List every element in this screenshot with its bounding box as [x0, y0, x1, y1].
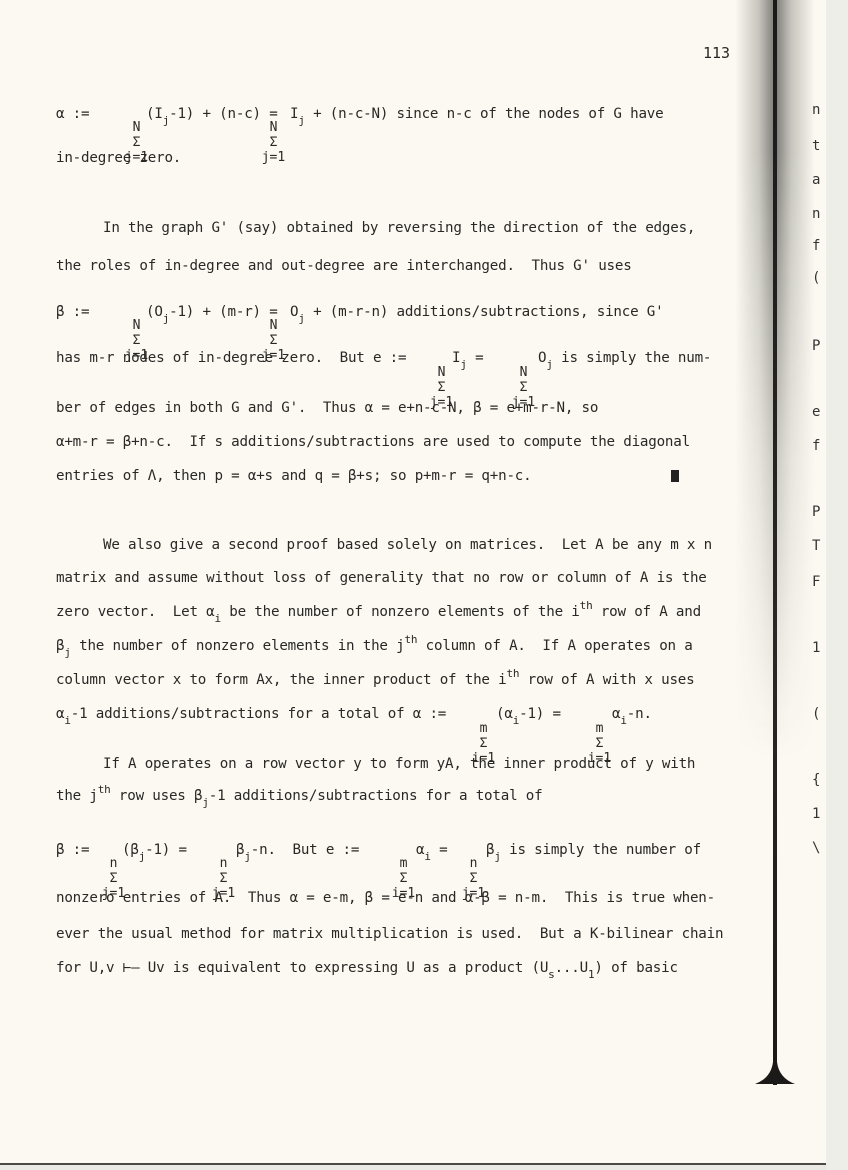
margin-letter: { [812, 772, 820, 788]
text-line: ever the usual method for matrix multipl… [56, 926, 723, 942]
margin-letter: e [812, 404, 820, 420]
text-line: βj the number of nonzero elements in the… [56, 638, 693, 654]
margin-letter: n [812, 206, 820, 222]
margin-letter: ( [812, 270, 820, 286]
text-line: matrix and assume without loss of genera… [56, 570, 707, 586]
eq-text: (αi-1) = [496, 706, 561, 722]
text-line: the roles of in-degree and out-degree ar… [56, 258, 632, 274]
text-line: column vector x to form Ax, the inner pr… [56, 672, 695, 688]
margin-letter: F [812, 574, 820, 590]
eq-text: Ij = [452, 350, 483, 366]
text-line: ber of edges in both G and G'. Thus α = … [56, 400, 598, 416]
eq-text: βj-n. But e := [236, 842, 359, 858]
margin-letter: a [812, 172, 820, 188]
text-line: α+m-r = β+n-c. If s additions/subtractio… [56, 434, 690, 450]
margin-letter: f [812, 438, 820, 454]
eq-lead: β := [56, 842, 89, 858]
gutter-foot [755, 1062, 795, 1086]
binding-gutter [773, 0, 777, 1085]
text-line: nonzero entries of A. Thus α = e-m, β = … [56, 890, 715, 906]
eq-lead: αi-1 additions/subtractions for a total … [56, 706, 446, 722]
text-line: in-degree zero. [56, 150, 181, 166]
scanned-page: 113 α := NΣj=1 (Ij-1) + (n-c) = NΣj=1 Ij… [0, 0, 826, 1163]
eq-text: Oj is simply the num- [538, 350, 711, 366]
margin-letter: T [812, 538, 820, 554]
text-line: If A operates on a row vector y to form … [103, 756, 695, 772]
text-line: In the graph G' (say) obtained by revers… [103, 220, 695, 236]
margin-letter: t [812, 138, 820, 154]
eq-text: αi-n. [612, 706, 652, 722]
margin-letter: n [812, 102, 820, 118]
margin-letter: 1 [812, 640, 820, 656]
margin-letter: ( [812, 706, 820, 722]
qed-mark [671, 470, 679, 482]
eq-text: αi = [416, 842, 447, 858]
eq-lead: has m-r nodes of in-degree zero. But e :… [56, 350, 406, 366]
margin-letter: 1 [812, 806, 820, 822]
scan-background [0, 1165, 848, 1170]
eq-lead: β := [56, 304, 89, 320]
scan-right-strip [826, 0, 848, 1170]
margin-letter: P [812, 504, 820, 520]
text-line: for U,v ⊢— Uv is equivalent to expressin… [56, 960, 678, 976]
page-number: 113 [703, 44, 730, 62]
margin-letter: f [812, 238, 820, 254]
text-line: the jth row uses βj-1 additions/subtract… [56, 788, 542, 804]
eq-text: βj is simply the number of [486, 842, 701, 858]
text-line: zero vector. Let αi be the number of non… [56, 604, 701, 620]
eq-text: (βj-1) = [122, 842, 187, 858]
text-line: We also give a second proof based solely… [103, 537, 712, 553]
margin-letter: \ [812, 840, 820, 856]
text-line: entries of Λ, then p = α+s and q = β+s; … [56, 468, 531, 484]
eq-text: Oj + (m-r-n) additions/subtractions, sin… [290, 304, 663, 320]
eq-text: Ij + (n-c-N) since n-c of the nodes of G… [290, 106, 663, 122]
eq-lead: α := [56, 106, 89, 122]
margin-letter: P [812, 338, 820, 354]
